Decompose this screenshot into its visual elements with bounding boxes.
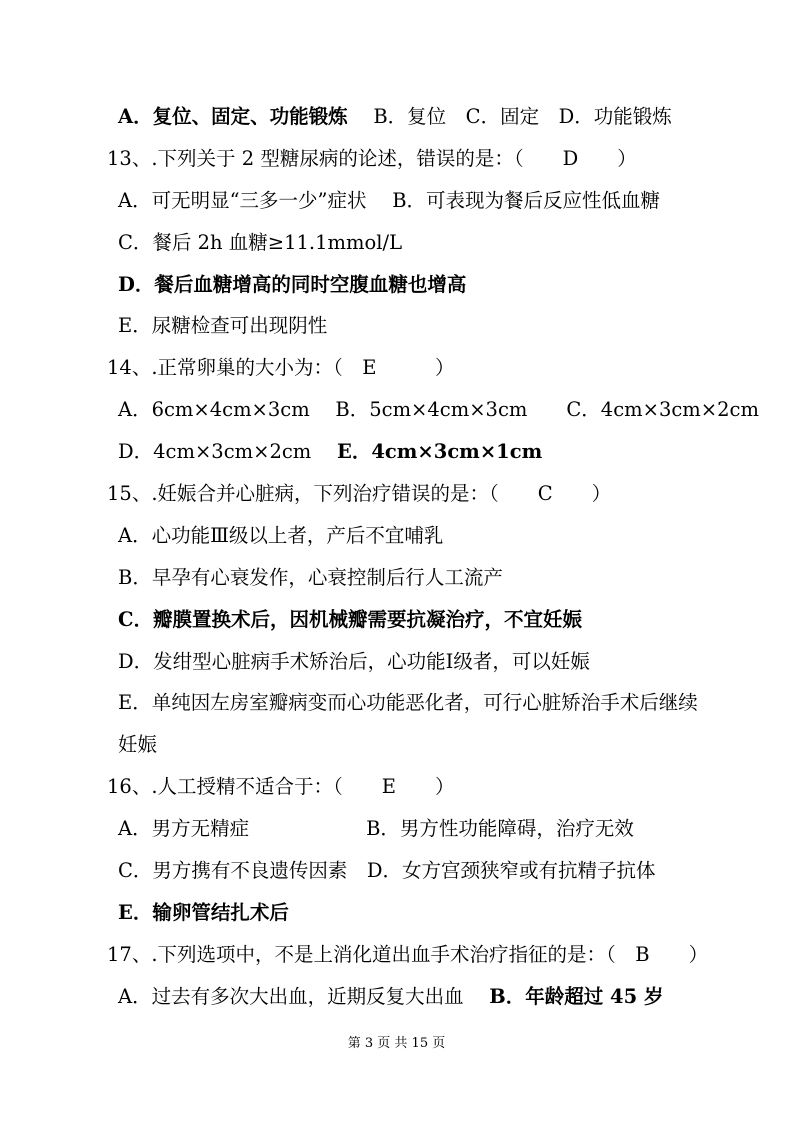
emphasized-text-segment: E．4cm×3cm×1cm bbox=[337, 440, 542, 463]
exam-document-page: A．复位、固定、功能锻炼 B．复位 C．固定 D．功能锻炼13、.下列关于 2 … bbox=[0, 0, 793, 1122]
q16-stem: 16、.人工授精不适合于：（ E ） bbox=[0, 766, 793, 808]
q15-option-d: D．发绀型心脏病手术矫治后，心功能Ⅰ级者，可以妊娠 bbox=[0, 641, 793, 683]
page-number-text: 第 3 页 共 15 页 bbox=[348, 1036, 445, 1051]
emphasized-text-segment: B．年龄超过 45 岁 bbox=[489, 985, 663, 1008]
text-segment: E．尿糖检查可出现阴性 bbox=[118, 314, 327, 337]
text-segment: 16、.人工授精不适合于：（ E ） bbox=[107, 775, 455, 798]
emphasized-text-segment: D．餐后血糖增高的同时空腹血糖也增高 bbox=[118, 273, 466, 296]
text-segment: 17、.下列选项中，不是上消化道出血手术治疗指征的是：（ B ） bbox=[107, 943, 708, 966]
text-segment: E．单纯因左房室瓣病变而心功能恶化者，可行心脏矫治手术后继续 bbox=[118, 691, 698, 714]
text-segment: A．可无明显“三多一少”症状 B．可表现为餐后反应性低血糖 bbox=[118, 189, 660, 212]
text-segment: B．复位 C．固定 D．功能锻炼 bbox=[348, 105, 672, 128]
text-segment: D．发绀型心脏病手术矫治后，心功能Ⅰ级者，可以妊娠 bbox=[118, 650, 590, 673]
q15-option-c: C．瓣膜置换术后，因机械瓣需要抗凝治疗，不宜妊娠 bbox=[0, 599, 793, 641]
q16-options-ab: A．男方无精症 B．男方性功能障碍，治疗无效 bbox=[0, 808, 793, 850]
text-segment: C．餐后 2h 血糖≥11.1mmol/L bbox=[118, 231, 402, 254]
q13-options-ab: A．可无明显“三多一少”症状 B．可表现为餐后反应性低血糖 bbox=[0, 180, 793, 222]
q15-option-a: A．心功能Ⅲ级以上者，产后不宜哺乳 bbox=[0, 515, 793, 557]
q15-option-e: E．单纯因左房室瓣病变而心功能恶化者，可行心脏矫治手术后继续 bbox=[0, 682, 793, 724]
q17-options-ab: A．过去有多次大出血，近期反复大出血 B．年龄超过 45 岁 bbox=[0, 976, 793, 1018]
q14-options-de: D．4cm×3cm×2cm E．4cm×3cm×1cm bbox=[0, 431, 793, 473]
q13-option-d: D．餐后血糖增高的同时空腹血糖也增高 bbox=[0, 264, 793, 306]
emphasized-text-segment: C．瓣膜置换术后，因机械瓣需要抗凝治疗，不宜妊娠 bbox=[118, 608, 582, 631]
text-segment: 13、.下列关于 2 型糖尿病的论述，错误的是：（ D ） bbox=[107, 147, 637, 170]
text-segment: B．早孕有心衰发作，心衰控制后行人工流产 bbox=[118, 566, 503, 589]
q15-option-e-continuation: 妊娠 bbox=[0, 724, 793, 766]
emphasized-text-segment: A．复位、固定、功能锻炼 bbox=[118, 105, 348, 128]
page-footer: 第 3 页 共 15 页 bbox=[0, 1034, 793, 1054]
emphasized-text-segment: E．输卵管结扎术后 bbox=[118, 901, 289, 924]
document-lines: A．复位、固定、功能锻炼 B．复位 C．固定 D．功能锻炼13、.下列关于 2 … bbox=[0, 96, 793, 1018]
q16-option-e: E．输卵管结扎术后 bbox=[0, 892, 793, 934]
text-segment: C．男方携有不良遗传因素 D．女方宫颈狭窄或有抗精子抗体 bbox=[118, 859, 656, 882]
text-segment: A．心功能Ⅲ级以上者，产后不宜哺乳 bbox=[118, 524, 443, 547]
q15-stem: 15、.妊娠合并心脏病，下列治疗错误的是：（ C ） bbox=[0, 473, 793, 515]
text-segment: 14、.正常卵巢的大小为：（ E ） bbox=[107, 356, 455, 379]
q16-options-cd: C．男方携有不良遗传因素 D．女方宫颈狭窄或有抗精子抗体 bbox=[0, 850, 793, 892]
text-segment: A．男方无精症 B．男方性功能障碍，治疗无效 bbox=[118, 817, 634, 840]
q14-stem: 14、.正常卵巢的大小为：（ E ） bbox=[0, 347, 793, 389]
text-segment: A．6cm×4cm×3cm B．5cm×4cm×3cm C．4cm×3cm×2c… bbox=[118, 398, 759, 421]
q14-options-abc: A．6cm×4cm×3cm B．5cm×4cm×3cm C．4cm×3cm×2c… bbox=[0, 389, 793, 431]
text-segment: D．4cm×3cm×2cm bbox=[118, 440, 337, 463]
q13-stem: 13、.下列关于 2 型糖尿病的论述，错误的是：（ D ） bbox=[0, 138, 793, 180]
q17-stem: 17、.下列选项中，不是上消化道出血手术治疗指征的是：（ B ） bbox=[0, 934, 793, 976]
text-segment: A．过去有多次大出血，近期反复大出血 bbox=[118, 985, 489, 1008]
q15-option-b: B．早孕有心衰发作，心衰控制后行人工流产 bbox=[0, 557, 793, 599]
q13-option-c: C．餐后 2h 血糖≥11.1mmol/L bbox=[0, 222, 793, 264]
text-segment: 妊娠 bbox=[118, 733, 157, 756]
q13-option-e: E．尿糖检查可出现阴性 bbox=[0, 305, 793, 347]
text-segment: 15、.妊娠合并心脏病，下列治疗错误的是：（ C ） bbox=[107, 482, 611, 505]
q12-options-row: A．复位、固定、功能锻炼 B．复位 C．固定 D．功能锻炼 bbox=[0, 96, 793, 138]
